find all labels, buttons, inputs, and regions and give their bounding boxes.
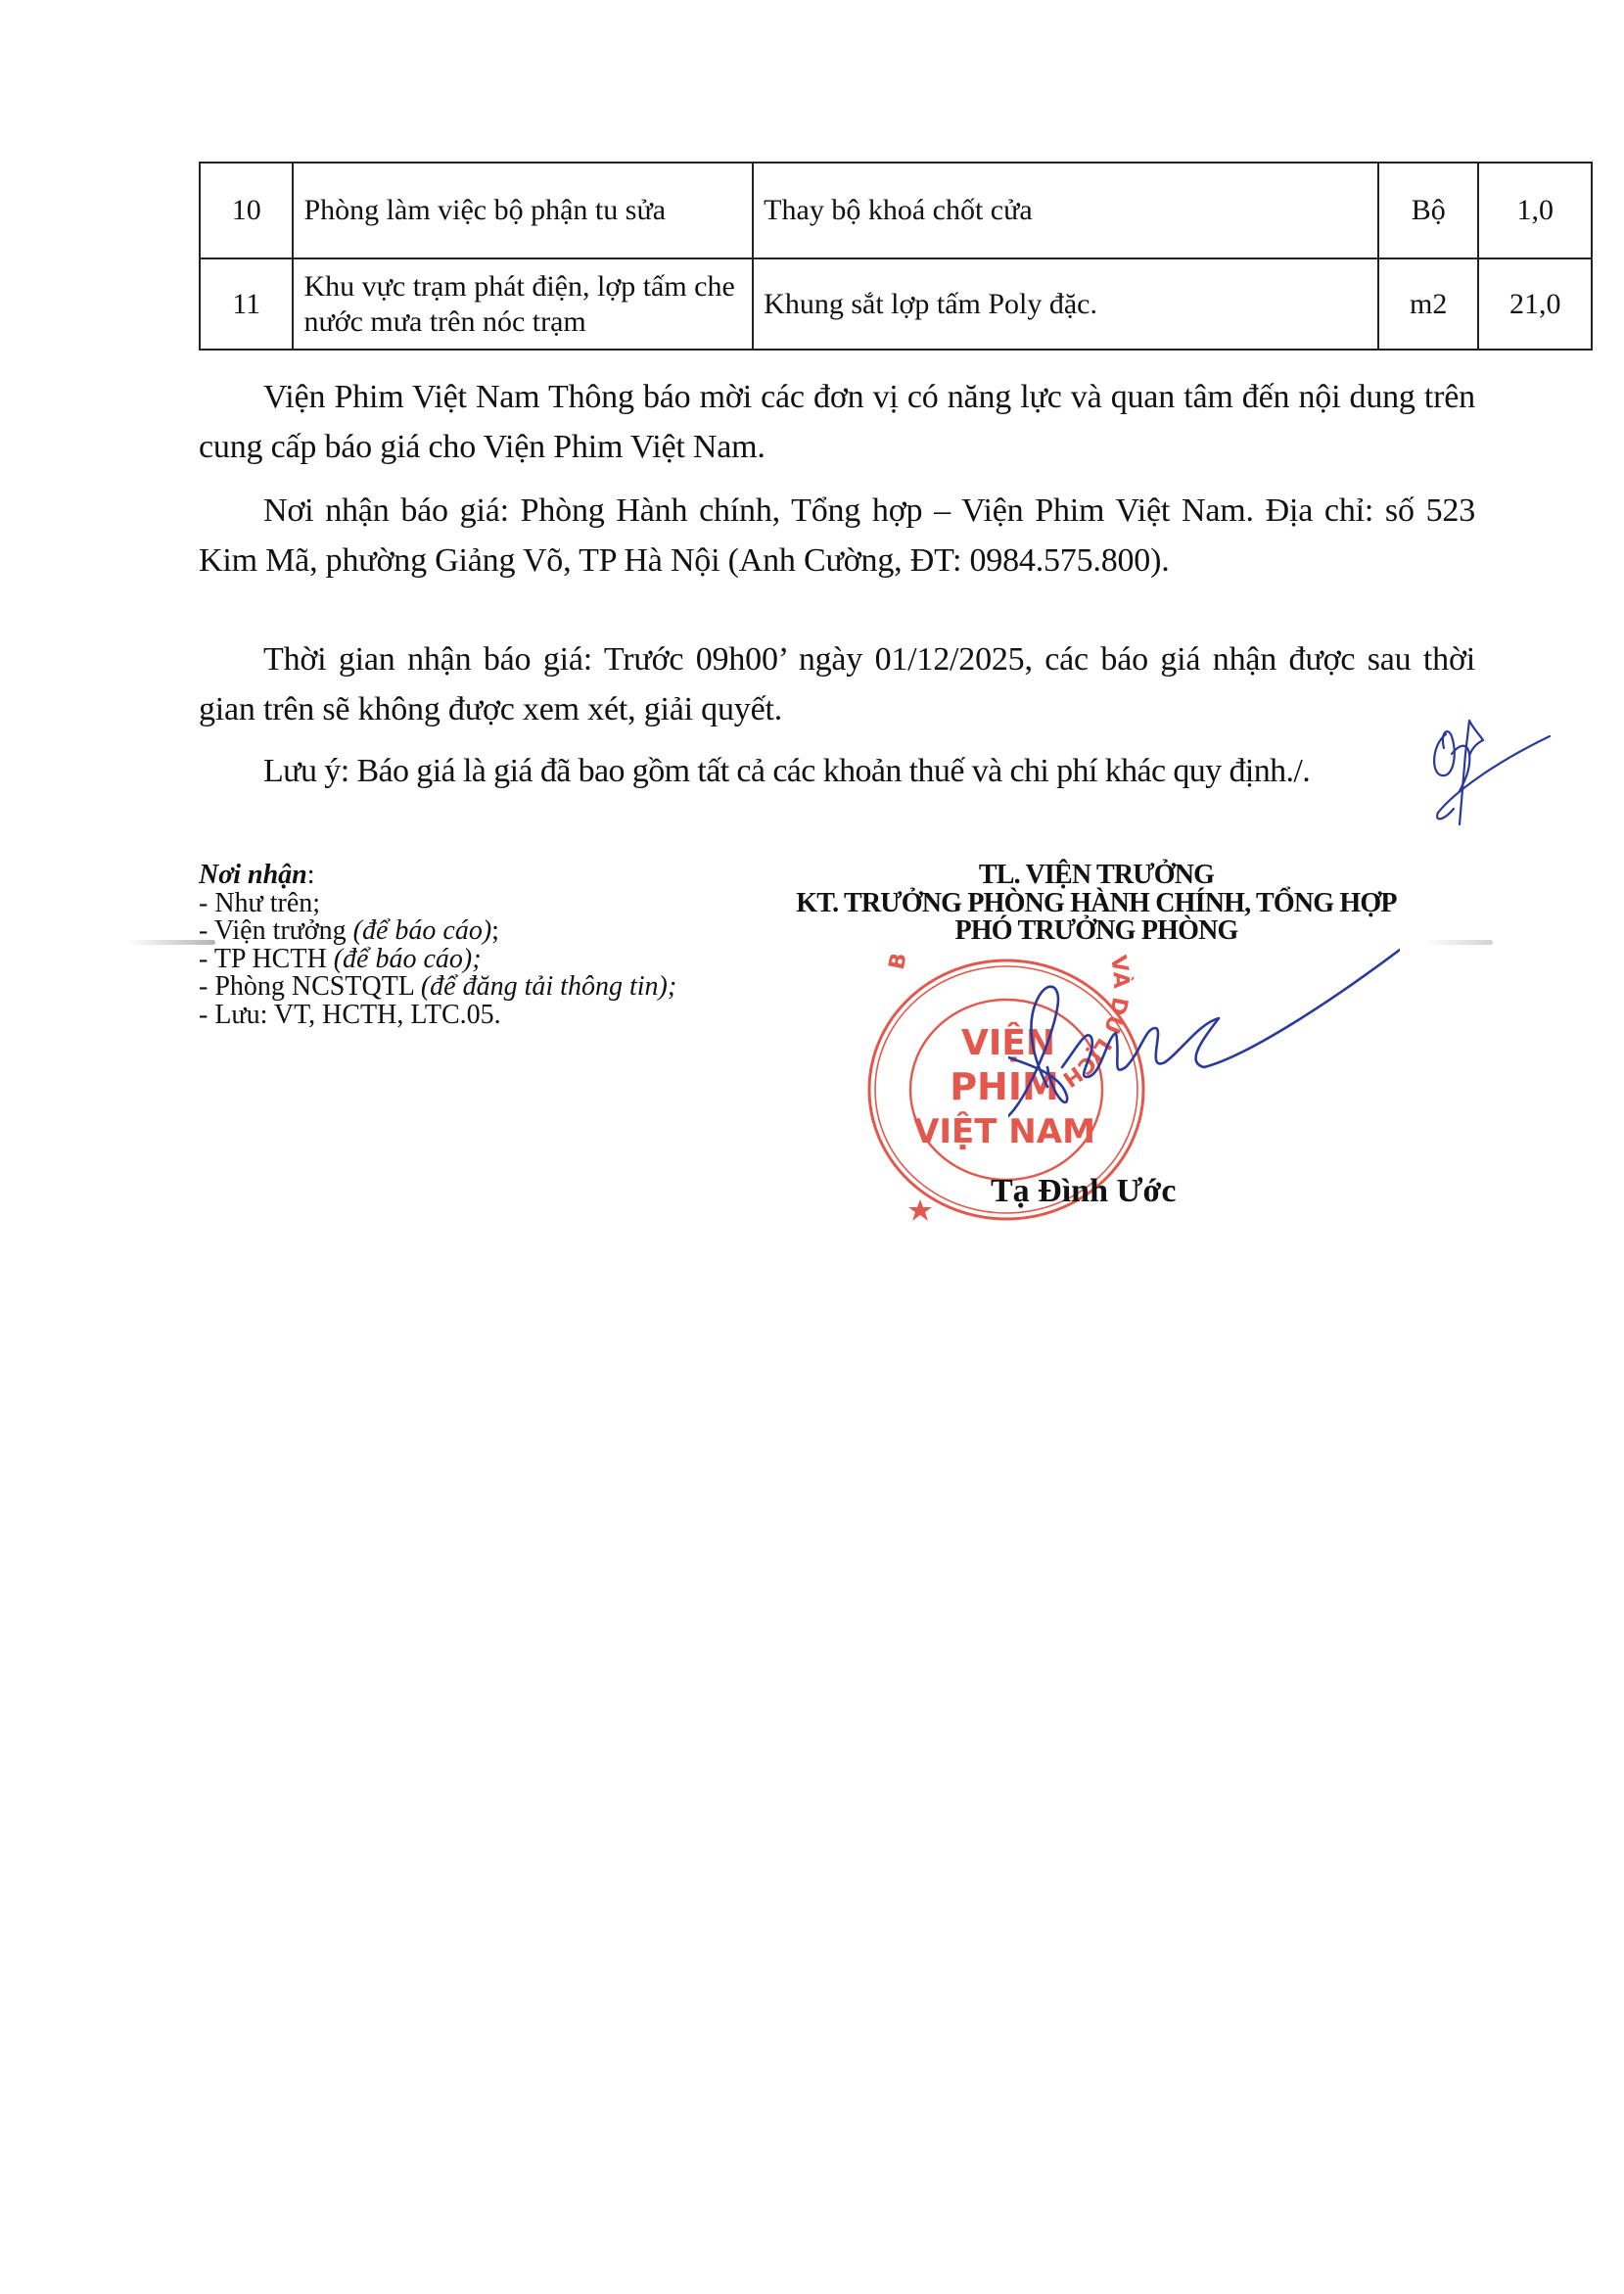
row-unit: m2: [1378, 258, 1479, 350]
note-paragraph: Lưu ý: Báo giá là giá đã bao gồm tất cả …: [199, 746, 1462, 796]
list-item: - Viện trưởng (để báo cáo);: [199, 917, 676, 946]
signature-line-2: KT. TRƯỞNG PHÒNG HÀNH CHÍNH, TỔNG HỢP: [724, 890, 1468, 918]
list-item: - Phòng NCSTQTL (để đăng tải thông tin);: [199, 973, 676, 1002]
list-item: - TP HCTH (để báo cáo);: [199, 946, 676, 974]
row-work: Khung sắt lợp tấm Poly đặc.: [753, 258, 1378, 350]
deadline-paragraph: Thời gian nhận báo giá: Trước 09h00’ ngà…: [199, 634, 1475, 734]
invitation-paragraph: Viện Phim Việt Nam Thông báo mời các đơn…: [199, 372, 1475, 472]
row-location: Phòng làm việc bộ phận tu sửa: [293, 163, 753, 258]
recipients-title: Nơi nhận:: [199, 862, 676, 890]
signature-line-1: TL. VIỆN TRƯỞNG: [724, 862, 1468, 890]
scan-smudge: [127, 940, 215, 945]
table-row: 11 Khu vực trạm phát điện, lợp tấm che n…: [200, 258, 1592, 350]
handwritten-signature-icon: [1008, 930, 1400, 1165]
row-quantity: 1,0: [1478, 163, 1592, 258]
row-quantity: 21,0: [1478, 258, 1592, 350]
address-paragraph: Nơi nhận báo giá: Phòng Hành chính, Tổng…: [199, 486, 1475, 585]
recipients-list: Nơi nhận: - Như trên; - Viện trưởng (để …: [199, 862, 676, 1029]
initial-signature-icon: [1424, 715, 1552, 842]
row-unit: Bộ: [1378, 163, 1479, 258]
signer-name: Tạ Đình Ước: [991, 1173, 1176, 1210]
items-table: 10 Phòng làm việc bộ phận tu sửa Thay bộ…: [199, 162, 1593, 351]
row-work: Thay bộ khoá chốt cửa: [753, 163, 1378, 258]
row-number: 11: [200, 258, 293, 350]
list-item: - Như trên;: [199, 890, 676, 918]
row-location: Khu vực trạm phát điện, lợp tấm che nước…: [293, 258, 753, 350]
table-row: 10 Phòng làm việc bộ phận tu sửa Thay bộ…: [200, 163, 1592, 258]
list-item: - Lưu: VT, HCTH, LTC.05.: [199, 1002, 676, 1030]
row-number: 10: [200, 163, 293, 258]
